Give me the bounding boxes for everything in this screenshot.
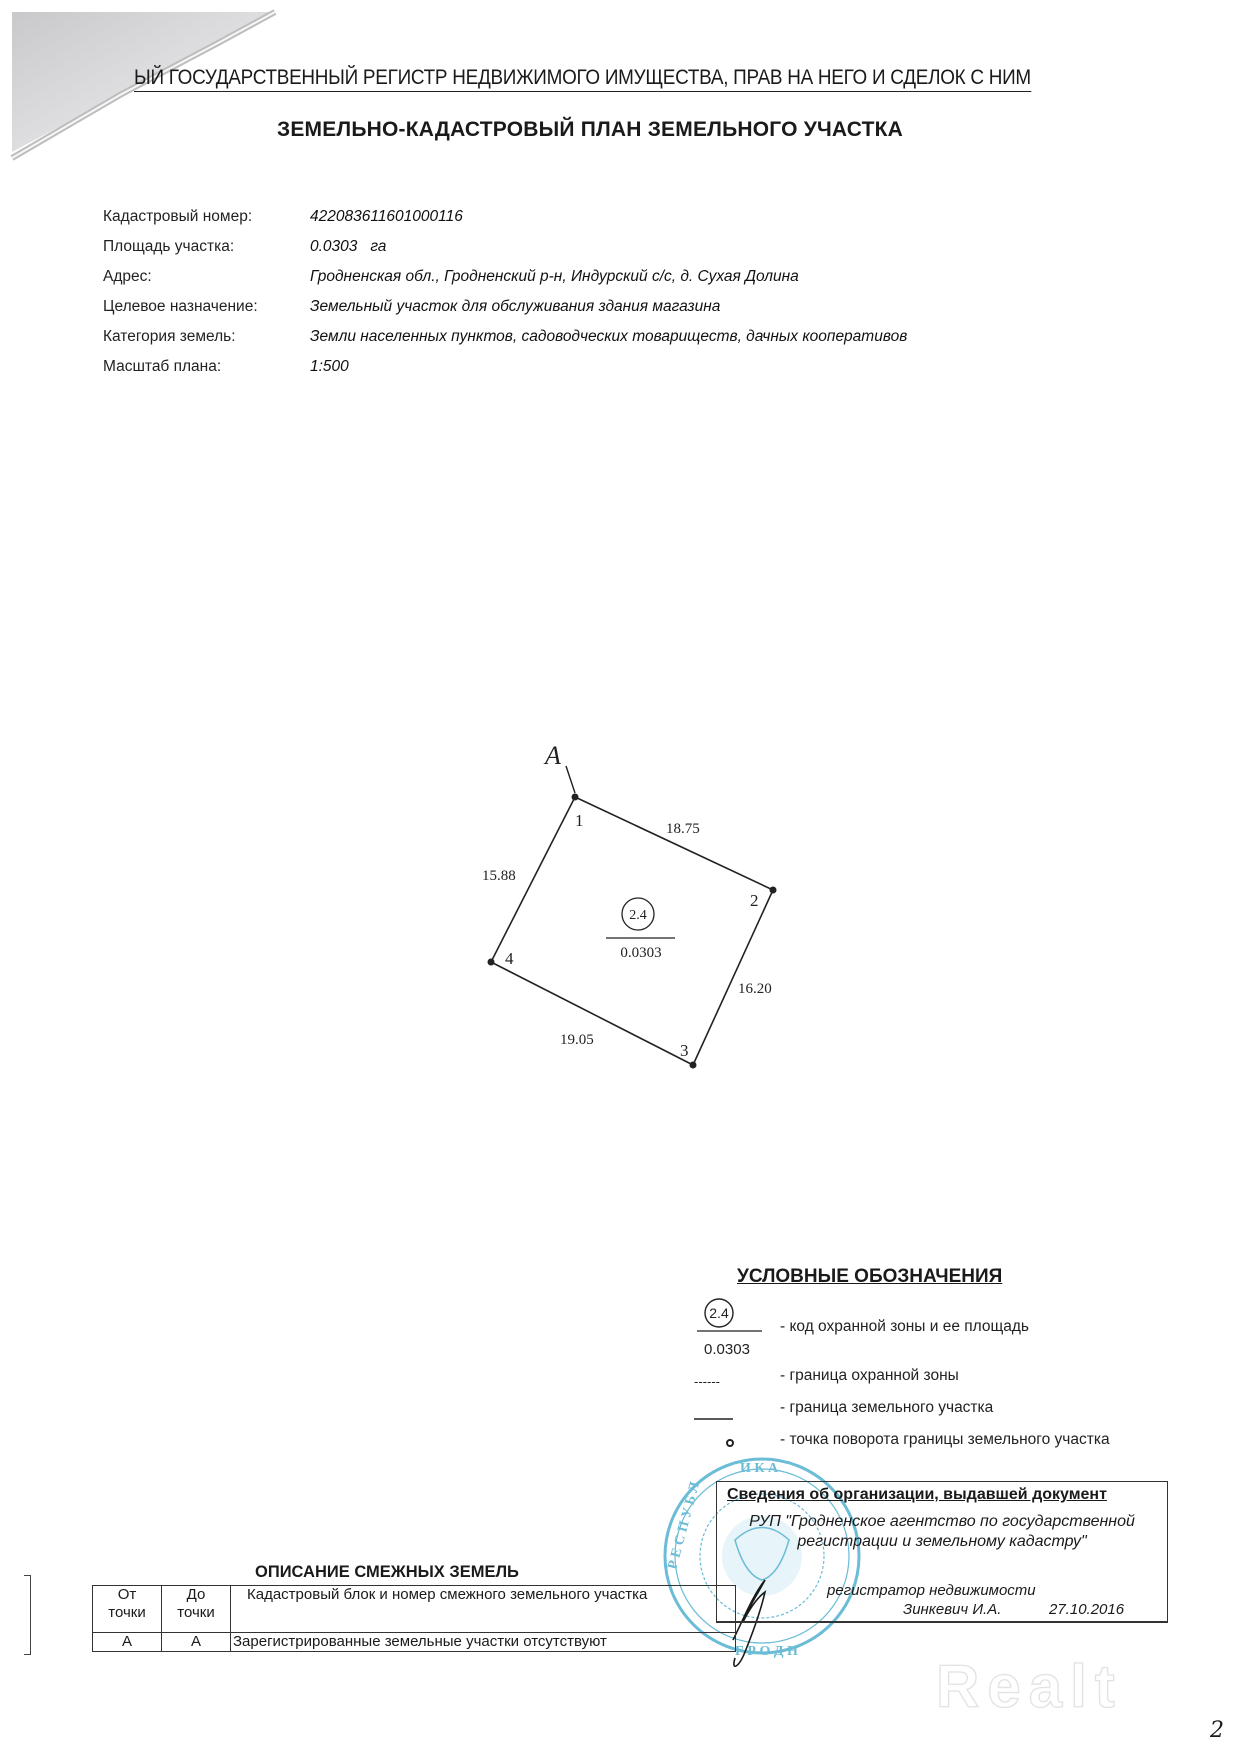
issue-date: 27.10.2016 <box>1049 1601 1124 1618</box>
zone-area: 0.0303 <box>620 945 661 961</box>
cell-description: Зарегистрированные земельные участки отс… <box>231 1633 736 1652</box>
svg-text:И К А: И К А <box>740 1461 779 1476</box>
legend-turn-point <box>727 1440 733 1446</box>
registrar-name: Зинкевич И.А. <box>903 1601 1001 1618</box>
parcel-boundary <box>491 797 773 1065</box>
turn-point-2 <box>770 887 777 894</box>
legend-zone-area: 0.0303 <box>704 1341 750 1358</box>
org-name-line1: РУП "Гродненское агентство по государств… <box>717 1512 1167 1532</box>
zone-code: 2.4 <box>629 908 647 923</box>
col-cadastral-block: Кадастровый блок и номер смежного земель… <box>231 1586 736 1633</box>
turn-point-4 <box>488 959 495 966</box>
legend-dash-symbol: ------ <box>694 1374 720 1389</box>
col-to-point: Доточки <box>162 1586 231 1633</box>
point-label-4: 4 <box>505 949 514 968</box>
issuing-organization-box: Сведения об организации, выдавшей докуме… <box>716 1481 1168 1623</box>
side-length-4-1: 15.88 <box>482 868 516 884</box>
org-name: РУП "Гродненское агентство по государств… <box>717 1512 1167 1552</box>
side-length-1-2: 18.75 <box>666 821 700 837</box>
cell-to: A <box>162 1633 231 1652</box>
legend-item-zone-border: - граница охранной зоны <box>780 1367 959 1385</box>
margin-bracket-mark <box>24 1575 31 1655</box>
page-number: 2 <box>1210 1718 1224 1743</box>
turn-point-3 <box>690 1062 697 1069</box>
point-label-1: 1 <box>575 811 584 830</box>
legend-title: УСЛОВНЫЕ ОБОЗНАЧЕНИЯ <box>737 1266 1002 1288</box>
point-label-3: 3 <box>680 1041 689 1060</box>
col-from-point: Отточки <box>93 1586 162 1633</box>
legend-item-parcel-border: - граница земельного участка <box>780 1399 993 1417</box>
table-row: A A Зарегистрированные земельные участки… <box>93 1633 736 1652</box>
registrar-role: регистратор недвижимости <box>827 1582 1036 1599</box>
start-point-label: A <box>543 741 561 770</box>
legend-item-zone-code: - код охранной зоны и ее площадь <box>780 1318 1029 1336</box>
org-name-line2: регистрации и земельному кадастру" <box>717 1532 1167 1552</box>
adjacent-lands-table: Отточки Доточки Кадастровый блок и номер… <box>92 1585 736 1652</box>
cell-from: A <box>93 1633 162 1652</box>
turn-point-1 <box>572 794 579 801</box>
legend-item-turn-point: - точка поворота границы земельного учас… <box>780 1431 1110 1449</box>
org-title: Сведения об организации, выдавшей докуме… <box>727 1486 1107 1504</box>
legend-zone-code: 2.4 <box>709 1305 729 1321</box>
side-length-3-4: 19.05 <box>560 1032 594 1048</box>
side-length-2-3: 16.20 <box>738 981 772 997</box>
point-label-2: 2 <box>750 891 759 910</box>
realt-watermark: Realt <box>936 1652 1123 1721</box>
adjacent-lands-title: ОПИСАНИЕ СМЕЖНЫХ ЗЕМЕЛЬ <box>255 1563 519 1582</box>
table-header-row: Отточки Доточки Кадастровый блок и номер… <box>93 1586 736 1633</box>
